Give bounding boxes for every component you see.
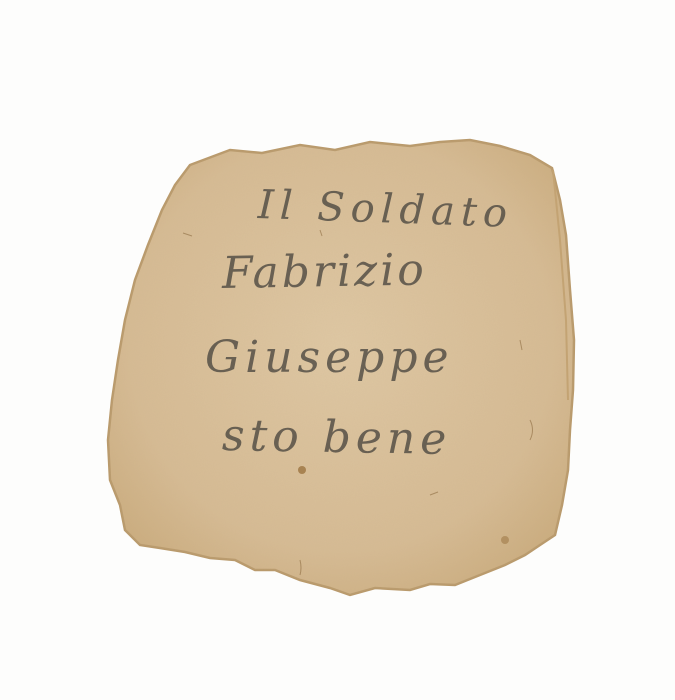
- stain-spot: [298, 466, 306, 474]
- note-line-4: sto bene: [222, 410, 452, 465]
- note-line-2: Fabrizio: [222, 244, 428, 299]
- note-line-3: Giuseppe: [205, 332, 454, 383]
- stain-spot: [501, 536, 509, 544]
- note-line-1: Il Soldato: [257, 182, 514, 237]
